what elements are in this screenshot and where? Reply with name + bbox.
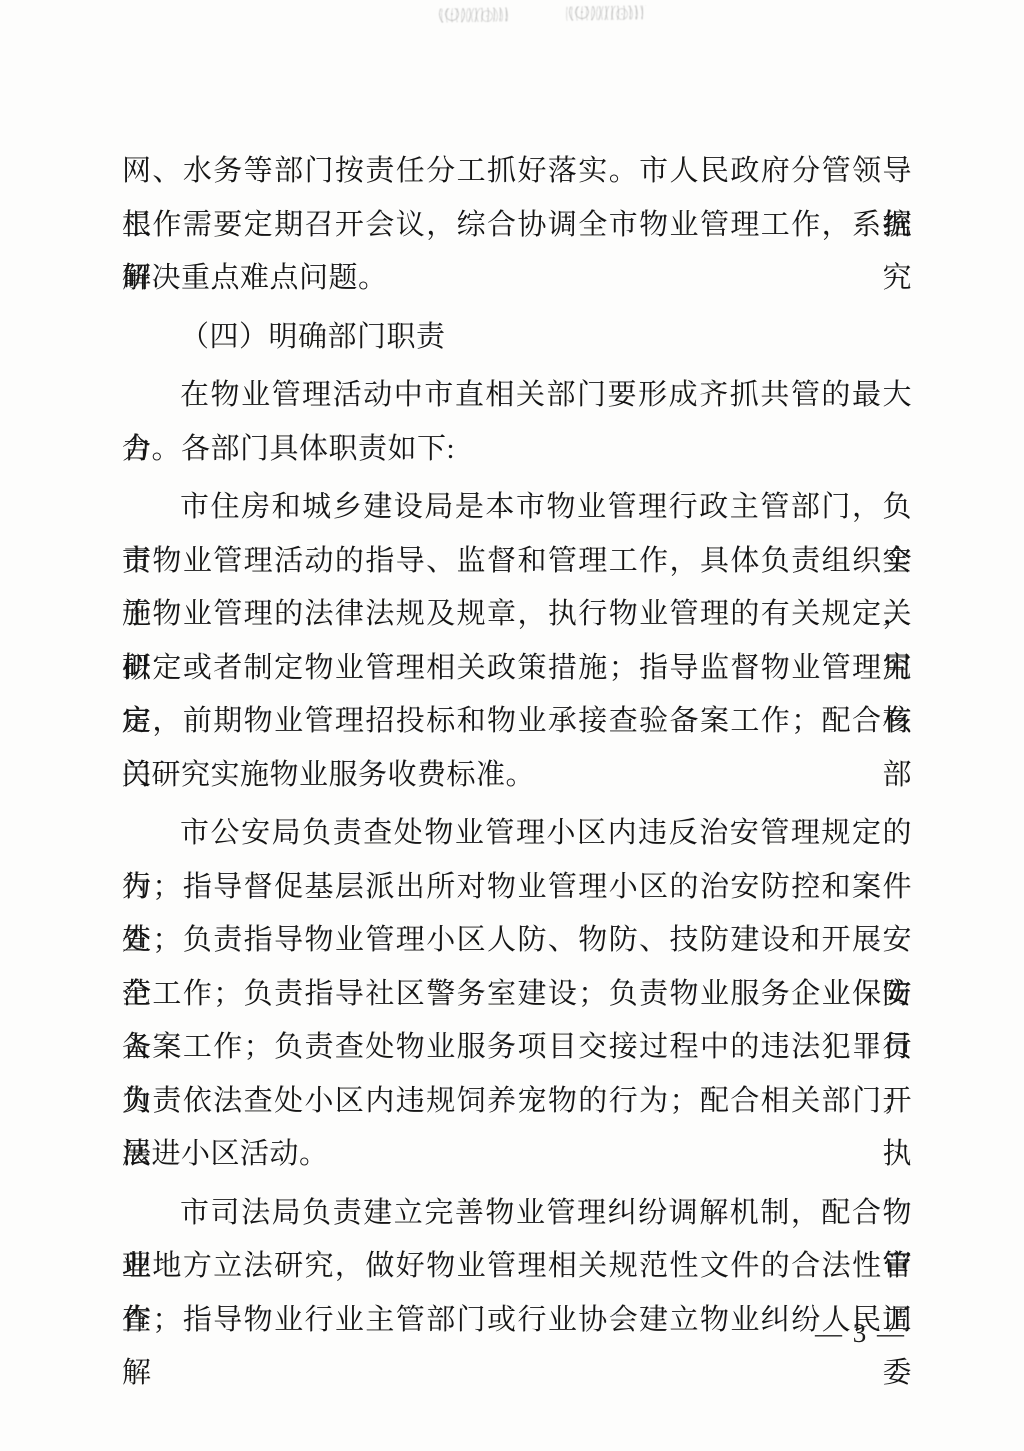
text-line: 作；指导物业行业主管部门或行业协会建立物业纠纷人民调解委 [122,1294,912,1348]
text-line: 市物业管理活动的指导、监督和管理工作，具体负责组织实施关 [122,535,912,589]
text-line: 备案工作；负责查处物业服务项目交接过程中的违法犯罪行为； [122,1021,912,1075]
text-line: 于物业管理的法律法规及规章，执行物业管理的有关规定，研究 [122,588,912,642]
text-line: 力。各部门具体职责如下: [122,423,912,477]
text-line: 网、水务等部门按责任分工抓好落实。市人民政府分管领导根据 [122,145,912,199]
section-heading: （四）明确部门职责 [122,311,912,365]
page-number: — 3 — [815,1318,906,1348]
text-line: 范工作；负责指导社区警务室建设；负责物业服务企业保安人员 [122,968,912,1022]
text-line: 市司法局负责建立完善物业管理纠纷调解机制，配合物业管 [122,1187,912,1241]
text-line: 为；指导督促基层派出所对物业管理小区的治安防控和案件查 [122,861,912,915]
text-line: 工作需要定期召开会议，综合协调全市物业管理工作，系统研究 [122,199,912,253]
text-line: 市住房和城乡建设局是本市物业管理行政主管部门，负责全 [122,481,912,535]
text-line: 定，前期物业管理招投标和物业承接查验备案工作；配合有关部 [122,695,912,749]
text-line: 在物业管理活动中市直相关部门要形成齐抓共管的最大合 [122,369,912,423]
document-body: 网、水务等部门按责任分工抓好落实。市人民政府分管领导根据 工作需要定期召开会议，… [122,145,912,1347]
text-line: 理地方立法研究，做好物业管理相关规范性文件的合法性审查工 [122,1240,912,1294]
scan-smudge-right [566,5,646,20]
text-line: 负责依法查处小区内违规饲养宠物的行为；配合相关部门开展执 [122,1075,912,1129]
text-line: 市公安局负责查处物业管理小区内违反治安管理规定的行 [122,807,912,861]
scan-smudge-left [438,7,508,22]
document-page: 网、水务等部门按责任分工抓好落实。市人民政府分管领导根据 工作需要定期召开会议，… [0,0,1024,1451]
text-line: 拟定或者制定物业管理相关政策措施；指导监督物业管理用房核 [122,642,912,696]
text-line: 处；负责指导物业管理小区人防、物防、技防建设和开展安全防 [122,914,912,968]
